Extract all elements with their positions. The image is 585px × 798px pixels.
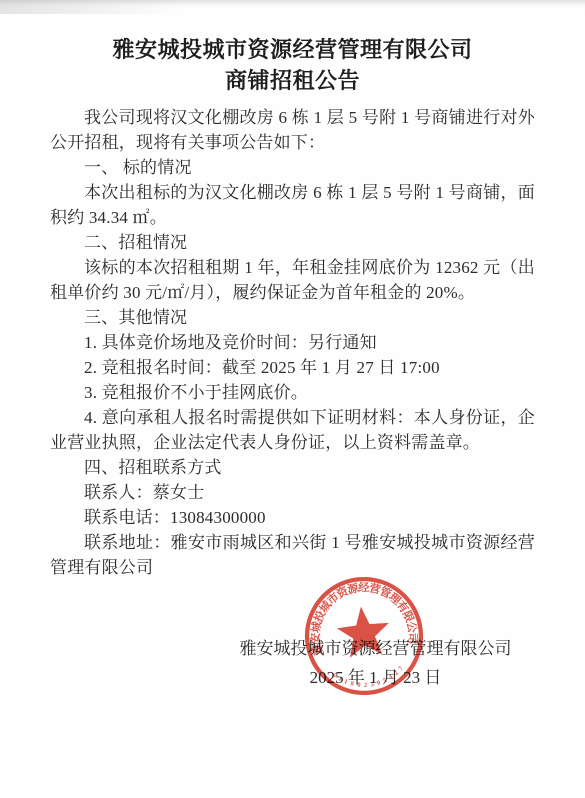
section-heading-3: 三、其他情况 <box>50 305 535 330</box>
other-item-3: 3. 竞租报价不小于挂网底价。 <box>50 380 535 405</box>
signature-block: 雅安城投城市资源经营管理有限公司 2025 年 1 月 23 日 <box>0 634 585 692</box>
title-notice-line: 商铺招租公告 <box>225 68 360 93</box>
intro-paragraph: 我公司现将汉文化棚改房 6 栋 1 层 5 号附 1 号商铺进行对外公开招租，现… <box>50 105 535 155</box>
document-body: 我公司现将汉文化棚改房 6 栋 1 层 5 号附 1 号商铺进行对外公开招租，现… <box>50 105 535 580</box>
page-title: 雅安城投城市资源经营管理有限公司 商铺招租公告 <box>0 0 585 96</box>
contact-person-line: 联系人：蔡女士 <box>50 480 535 505</box>
contact-address-line: 联系地址：雅安市雨城区和兴街 1 号雅安城投城市资源经营管理有限公司 <box>50 530 535 580</box>
section-heading-1: 一、 标的情况 <box>50 155 535 180</box>
document-page: 雅安城投城市资源经营管理有限公司 商铺招租公告 我公司现将汉文化棚改房 6 栋 … <box>0 0 585 798</box>
rent-terms-paragraph: 该标的本次招租租期 1 年，年租金挂网底价为 12362 元（出租单价约 30 … <box>50 255 535 305</box>
other-item-2: 2. 竞租报名时间：截至 2025 年 1 月 27 日 17:00 <box>50 355 535 380</box>
signature-date: 2025 年 1 月 23 日 <box>166 663 585 692</box>
contact-phone-line: 联系电话：13084300000 <box>50 505 535 530</box>
title-company-line: 雅安城投城市资源经营管理有限公司 <box>112 37 472 62</box>
other-item-4: 4. 意向承租人报名时需提供如下证明材料：本人身份证，企业营业执照，企业法定代表… <box>50 405 535 455</box>
section-heading-4: 四、招租联系方式 <box>50 455 535 480</box>
other-item-1: 1. 具体竞价场地及竞价时间：另行通知 <box>50 330 535 355</box>
subject-paragraph: 本次出租标的为汉文化棚改房 6 栋 1 层 5 号附 1 号商铺，面积约 34.… <box>50 180 535 230</box>
signature-company: 雅安城投城市资源经营管理有限公司 <box>166 634 585 663</box>
section-heading-2: 二、招租情况 <box>50 230 535 255</box>
